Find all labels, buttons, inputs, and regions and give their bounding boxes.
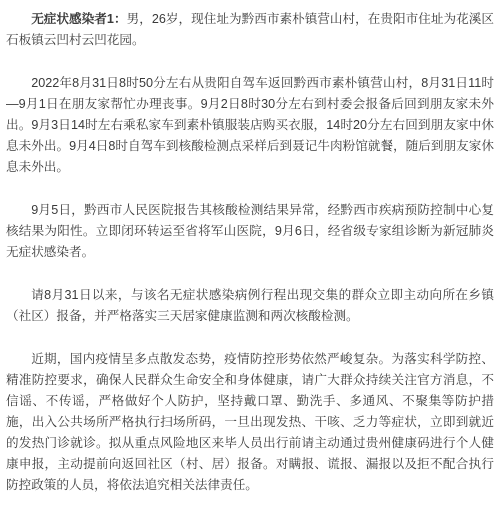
itinerary-text: 2022年8月31日8时50分左右从贵阳自驾车返回黔西市素朴镇营山村，8月31日… — [6, 76, 494, 174]
report-request-text: 请8月31日以来，与该名无症状感染病例行程出现交集的群众立即主动向所在乡镇（社区… — [6, 288, 494, 323]
article-body: 无症状感染者1：男，26岁，现住址为黔西市素朴镇营山村，在贵阳市住址为花溪区石板… — [0, 0, 500, 496]
prevention-guidance-paragraph: 近期，国内疫情呈多点散发态势，疫情防控形势依然严峻复杂。为落实科学防控、精准防控… — [6, 349, 494, 496]
itinerary-paragraph: 2022年8月31日8时50分左右从贵阳自驾车返回黔西市素朴镇营山村，8月31日… — [6, 73, 494, 178]
report-request-paragraph: 请8月31日以来，与该名无症状感染病例行程出现交集的群众立即主动向所在乡镇（社区… — [6, 285, 494, 327]
prevention-guidance-text: 近期，国内疫情呈多点散发态势，疫情防控形势依然严峻复杂。为落实科学防控、精准防控… — [6, 352, 494, 492]
case-title-label: 无症状感染者1： — [31, 12, 126, 26]
case-description-paragraph: 无症状感染者1：男，26岁，现住址为黔西市素朴镇营山村，在贵阳市住址为花溪区石板… — [6, 9, 494, 51]
diagnosis-text: 9月5日，黔西市人民医院报告其核酸检测结果异常，经黔西市疾病预防控制中心复核结果… — [6, 203, 494, 259]
diagnosis-paragraph: 9月5日，黔西市人民医院报告其核酸检测结果异常，经黔西市疾病预防控制中心复核结果… — [6, 200, 494, 263]
